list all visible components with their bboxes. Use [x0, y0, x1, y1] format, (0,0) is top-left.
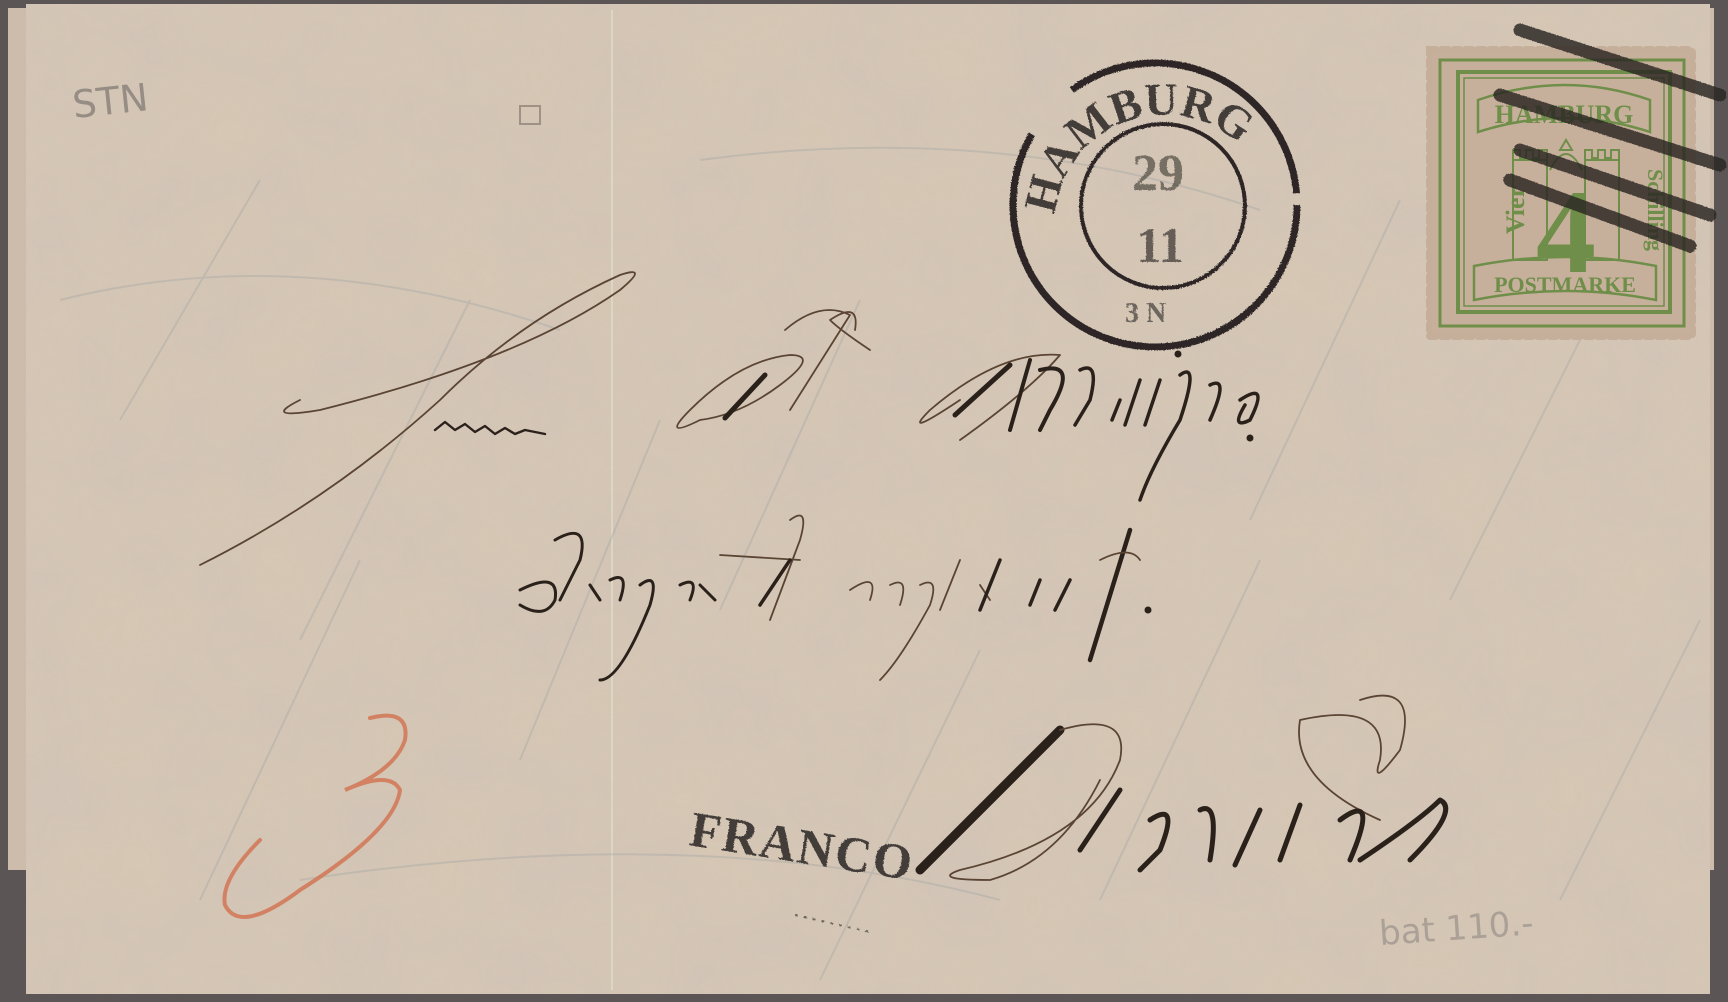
postal-cover-photo: STN HAMBURG 29 11 3 N HAMBURG 4 Vier Sch… — [0, 0, 1728, 1002]
stamp-bottom-label: POSTMARKE — [1494, 272, 1636, 297]
postmark-day: 29 — [1132, 145, 1184, 202]
postmark-time: 3 N — [1125, 298, 1166, 329]
postmark-month: 11 — [1136, 217, 1183, 273]
pencil-note-stn: STN — [70, 75, 150, 127]
stamp-left-label: Vier — [1501, 186, 1530, 234]
